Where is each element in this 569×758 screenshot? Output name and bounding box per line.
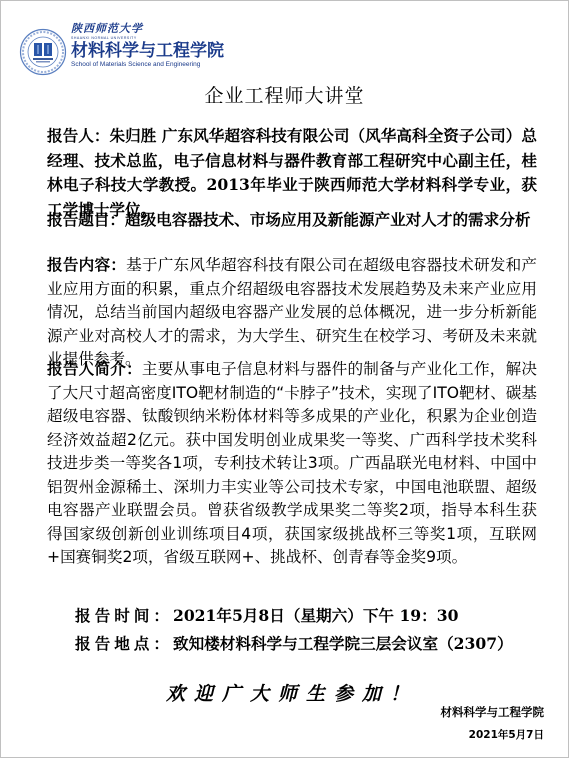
time-value: 2021年5月8日（星期六）下午 19：30 — [173, 606, 458, 625]
welcome-message: 欢迎广大师生参加！ — [166, 679, 418, 706]
signature-date: 2021年5月7日 — [469, 727, 544, 742]
content-label: 报告内容： — [47, 256, 126, 274]
topic-text: 超级电容器技术、市场应用及新能源产业对人才的需求分析 — [125, 211, 530, 229]
signature-org: 材料科学与工程学院 — [441, 704, 545, 720]
school-name-en: School of Materials Science and Engineer… — [71, 61, 224, 69]
topic-label: 报告题目： — [47, 211, 125, 229]
content-paragraph: 报告内容：基于广东风华超容科技有限公司在超级电容器技术研发和产业应用方面的积累，… — [47, 254, 537, 372]
school-name-cn: 材料科学与工程学院 — [71, 41, 224, 61]
poster-page: 陕西师范大学 SHAANXI NORMAL UNIVERSITY 材料科学与工程… — [0, 0, 569, 758]
report-time: 报告时间：2021年5月8日（星期六）下午 19：30 — [75, 606, 458, 626]
university-seal-icon — [19, 28, 67, 76]
bio-text: 主要从事电子信息材料与器件的制备与产业化工作，解决了大尺寸超高密度ITO靶材制造… — [47, 360, 537, 566]
time-label: 报告时间： — [75, 606, 173, 625]
reporter-label: 报告人： — [47, 126, 110, 145]
university-name-cn: 陕西师范大学 — [71, 23, 224, 35]
page-title: 企业工程师大讲堂 — [1, 81, 568, 108]
report-place: 报告地点：致知楼材料科学与工程学院三层会议室（2307） — [75, 634, 513, 654]
school-logo: 陕西师范大学 SHAANXI NORMAL UNIVERSITY 材料科学与工程… — [19, 13, 279, 73]
reporter-text: 朱归胜 广东风华超容科技有限公司（风华高科全资子公司）总经理、技术总监，电子信息… — [47, 126, 537, 219]
logo-text: 陕西师范大学 SHAANXI NORMAL UNIVERSITY 材料科学与工程… — [71, 23, 224, 69]
bio-paragraph: 报告人简介：主要从事电子信息材料与器件的制备与产业化工作，解决了大尺寸超高密度I… — [47, 358, 537, 570]
topic-paragraph: 报告题目：超级电容器技术、市场应用及新能源产业对人才的需求分析 — [47, 208, 537, 232]
place-value: 致知楼材料科学与工程学院三层会议室（2307） — [173, 634, 513, 653]
bio-label: 报告人简介： — [47, 360, 142, 378]
place-label: 报告地点： — [75, 634, 173, 653]
